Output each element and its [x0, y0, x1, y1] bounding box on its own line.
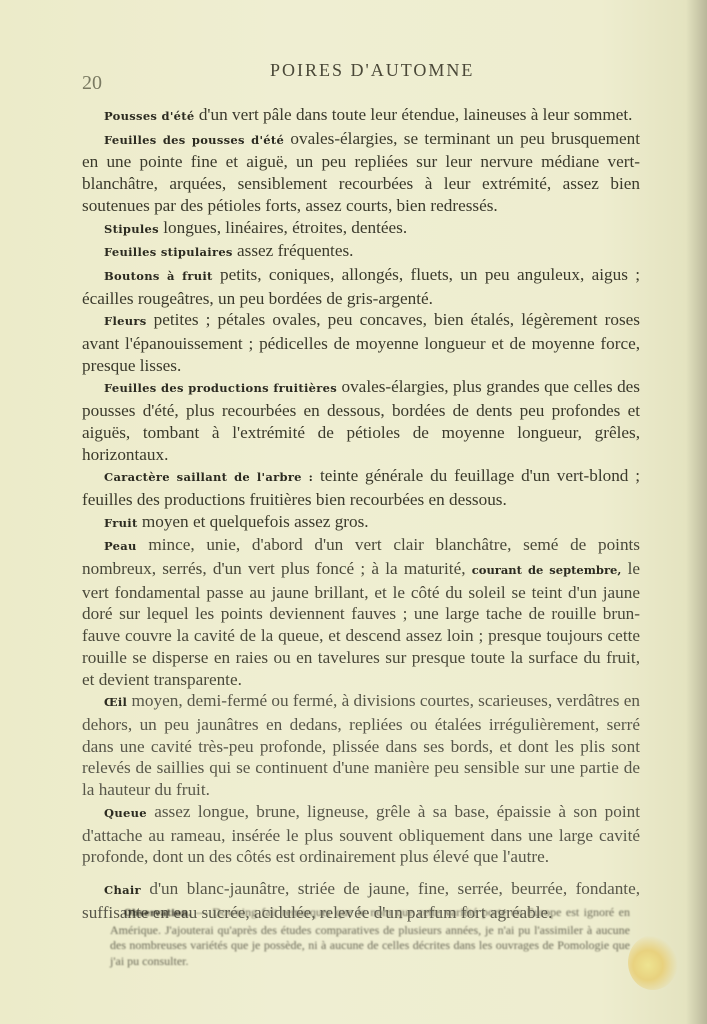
paragraph-oeil: Œil moyen, demi-fermé ou fermé, à divisi…	[82, 690, 640, 801]
paragraph-queue: Queue assez longue, brune, ligneuse, grê…	[82, 801, 640, 868]
paragraph-feuilles-stipulaires: Feuilles stipulaires assez fréquentes.	[82, 240, 640, 264]
paragraph-feuilles-pousses: Feuilles des pousses d'été ovales-élargi…	[82, 128, 640, 217]
paragraph-text: petites ; pétales ovales, peu concaves, …	[82, 310, 640, 374]
paragraph-lead: Boutons à fruit	[104, 269, 213, 283]
paragraph-pousses: Pousses d'été d'un vert pâle dans toute …	[82, 104, 640, 128]
paragraph-lead: Queue	[104, 806, 147, 820]
paragraph-text: moyen, demi-fermé ou fermé, à divisions …	[82, 691, 640, 799]
paragraph-lead: Feuilles des pousses d'été	[104, 133, 284, 147]
footnote-observation: Observation. — Downing fait remarquer qu…	[110, 905, 630, 969]
paragraph-fruit: Fruit moyen et quelquefois assez gros.	[82, 511, 640, 535]
paragraph-peau: Peau mince, unie, d'abord d'un vert clai…	[82, 534, 640, 690]
paragraph-text: assez fréquentes.	[233, 241, 354, 260]
paragraph-lead: Peau	[104, 539, 137, 553]
page-number: 20	[82, 72, 102, 95]
inline-bold-date: courant de septembre,	[472, 563, 622, 577]
note-lead: Observation.	[124, 909, 192, 919]
paragraph-lead: Feuilles des productions fruitières	[104, 381, 337, 395]
page-header: 20 POIRES D'AUTOMNE	[0, 58, 707, 98]
paragraph-text: longues, linéaires, étroites, dentées.	[159, 218, 407, 237]
paragraph-fleurs: Fleurs petites ; pétales ovales, peu con…	[82, 309, 640, 376]
paragraph-stipules: Stipules longues, linéaires, étroites, d…	[82, 217, 640, 241]
paragraph-lead: Pousses d'été	[104, 109, 195, 123]
paragraph-lead: Stipules	[104, 222, 159, 236]
page-body: Pousses d'été d'un vert pâle dans toute …	[82, 104, 640, 923]
page-stain	[628, 935, 678, 990]
paragraph-lead: Feuilles stipulaires	[104, 245, 233, 259]
paragraph-text: d'un vert pâle dans toute leur étendue, …	[195, 105, 633, 124]
running-title: POIRES D'AUTOMNE	[270, 60, 474, 81]
paragraph-feuilles-productions: Feuilles des productions fruitières oval…	[82, 376, 640, 465]
paragraph-text: le vert fondamental passe au jaune brill…	[82, 559, 640, 689]
paragraph-lead: Chair	[104, 883, 141, 897]
paragraph-lead: Fruit	[104, 516, 138, 530]
paragraph-lead: Fleurs	[104, 314, 147, 328]
paragraph-text: assez longue, brune, ligneuse, grêle à s…	[82, 802, 640, 866]
paragraph-text: moyen et quelquefois assez gros.	[138, 512, 369, 531]
paragraph-boutons: Boutons à fruit petits, coniques, allong…	[82, 264, 640, 309]
paragraph-caractere: Caractère saillant de l'arbre : teinte g…	[82, 465, 640, 510]
paragraph-lead: Caractère saillant de l'arbre :	[104, 470, 313, 484]
paragraph-lead: Œil	[104, 695, 127, 709]
